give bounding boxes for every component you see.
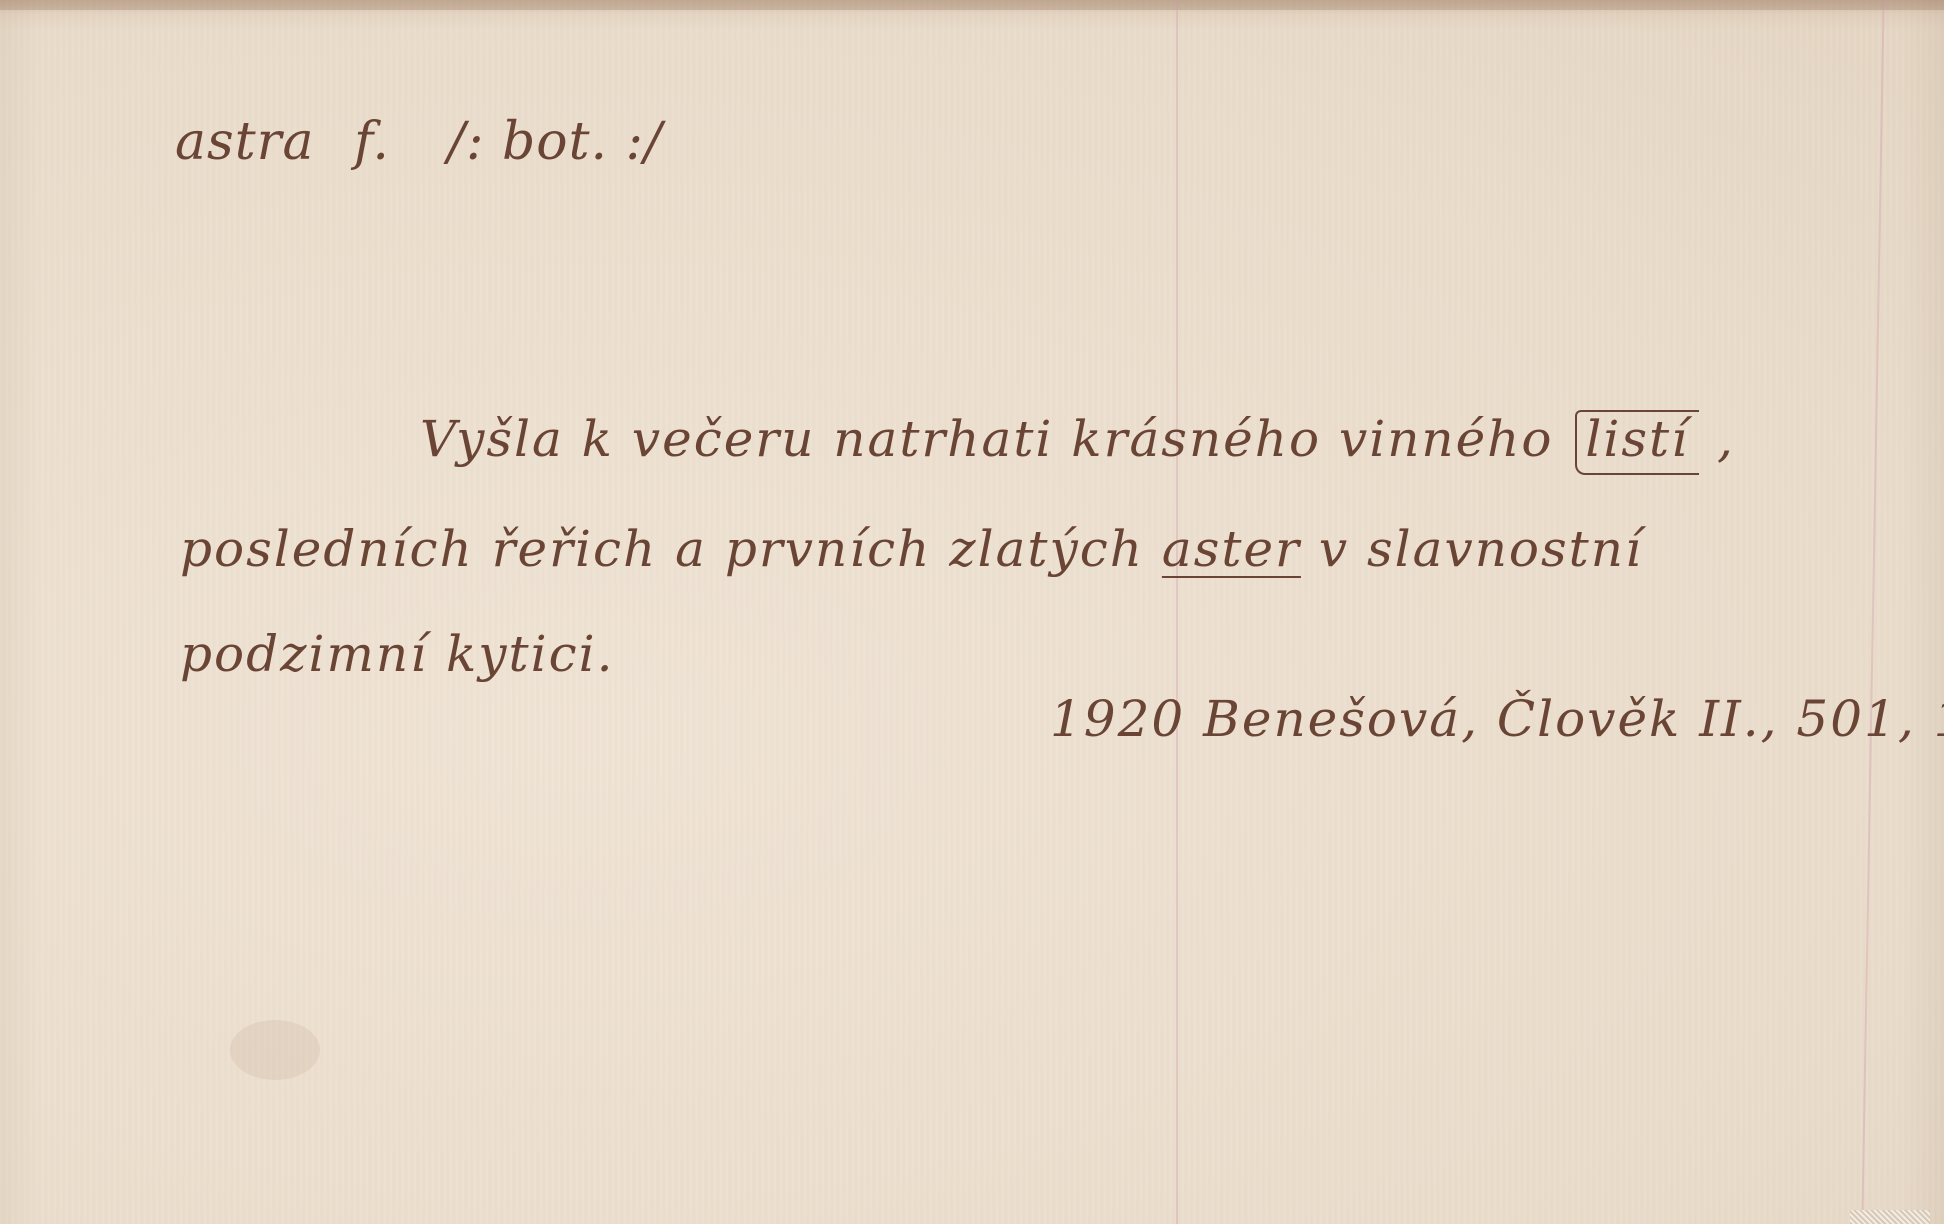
- grammatical-gender: f.: [354, 112, 390, 172]
- scan-edge-mark: [1850, 1210, 1930, 1224]
- quotation-comma: ,: [1717, 410, 1735, 468]
- paper-stain: [230, 1020, 320, 1080]
- margin-rule: [1176, 0, 1178, 1224]
- quotation-line-3: podzimní kytici.: [180, 625, 614, 683]
- bracketed-word: listí: [1575, 410, 1699, 475]
- dictionary-slip: astra f. /: bot. :/ Vyšla k večeru natrh…: [0, 0, 1944, 1224]
- source-citation: 1920 Benešová, Člověk II., 501, 18.: [1050, 690, 1944, 748]
- margin-rule-right: [1861, 0, 1884, 1224]
- quotation-line-1: Vyšla k večeru natrhati krásného vinného…: [420, 410, 1735, 475]
- headword-lemma: astra: [175, 112, 314, 172]
- headword-line: astra f. /: bot. :/: [175, 112, 663, 172]
- quotation-text: posledních řeřich a prvních zlatých: [180, 520, 1144, 578]
- quotation-line-2: posledních řeřich a prvních zlatých aste…: [180, 520, 1643, 578]
- citation-text: 1920 Benešová, Člověk II., 501, 18.: [1050, 690, 1944, 748]
- domain-label: /: bot. :/: [447, 112, 662, 172]
- card-top-edge: [0, 0, 1944, 10]
- quotation-text-tail: v slavnostní: [1319, 520, 1643, 578]
- quotation-text: podzimní kytici.: [180, 625, 614, 683]
- underlined-headword-form: aster: [1162, 520, 1301, 578]
- quotation-text: Vyšla k večeru natrhati krásného vinného: [420, 410, 1554, 468]
